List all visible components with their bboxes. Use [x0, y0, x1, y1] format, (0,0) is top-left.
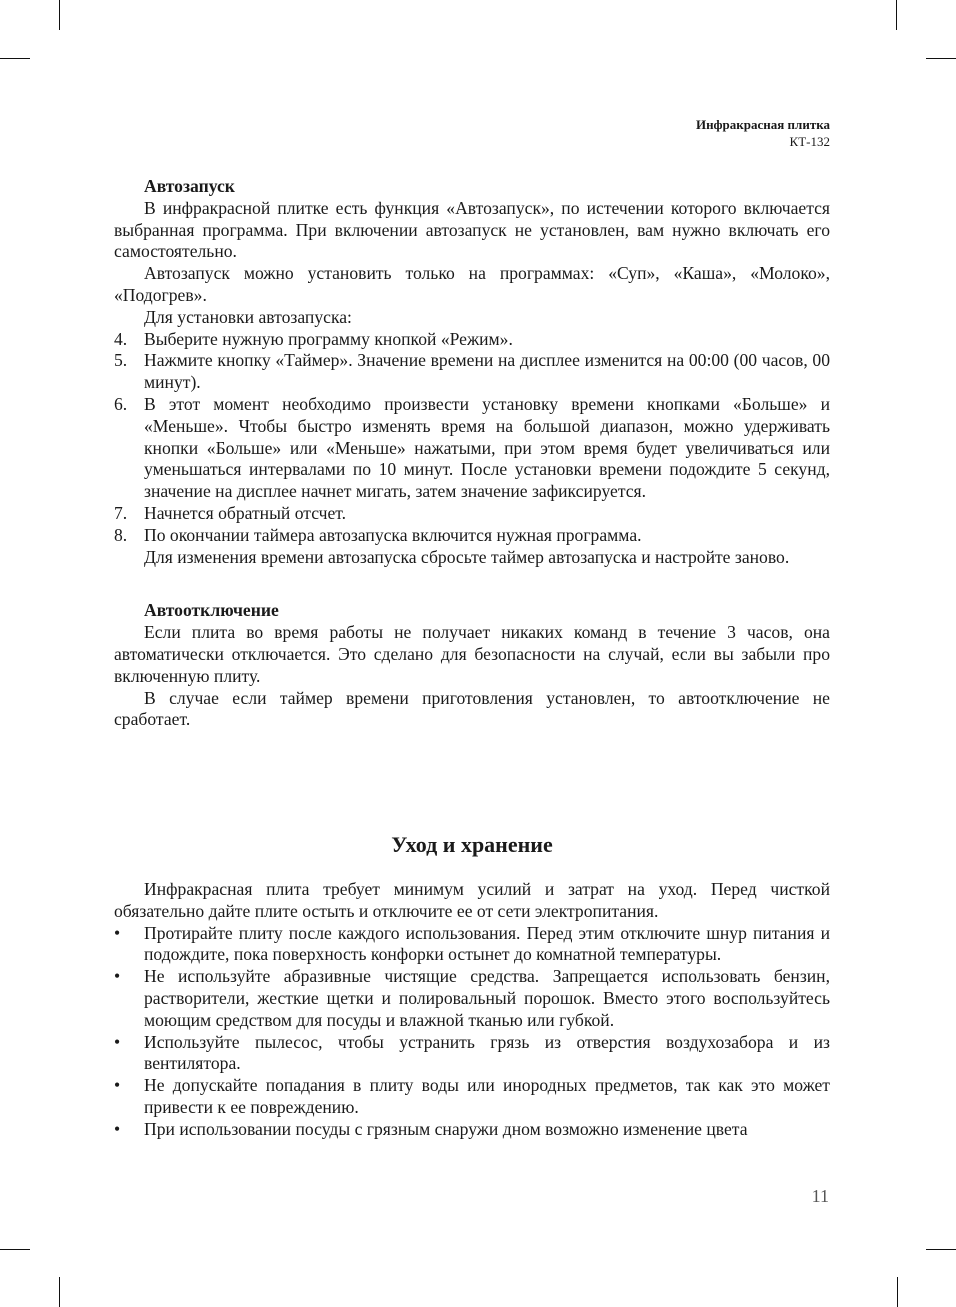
paragraph: Если плита во время работы не получает н…	[114, 622, 830, 687]
list-item: 5.Нажмите кнопку «Таймер». Значение врем…	[114, 350, 830, 394]
list-text: В этот момент необходимо произвести уста…	[144, 394, 830, 501]
paragraph: В случае если таймер времени приготовлен…	[114, 688, 830, 732]
paragraph: Автозапуск можно установить только на пр…	[114, 263, 830, 307]
list-item: 6.В этот момент необходимо произвести ус…	[114, 394, 830, 503]
crop-mark	[59, 1277, 60, 1307]
paragraph: Инфракрасная плита требует минимум усили…	[114, 879, 830, 923]
paragraph: Для изменения времени автозапуска сбрось…	[114, 547, 830, 569]
bullet-item: •Протирайте плиту после каждого использо…	[114, 923, 830, 967]
list-text: Выберите нужную программу кнопкой «Режим…	[144, 329, 513, 349]
bullet-icon: •	[114, 1075, 120, 1097]
bullet-item: •При использовании посуды с грязным снар…	[114, 1119, 830, 1141]
list-item: 8.По окончании таймера автозапуска включ…	[114, 525, 830, 547]
bullet-item: •Не используйте абразивные чистящие сред…	[114, 966, 830, 1031]
list-number: 5.	[114, 350, 127, 372]
care-section: Уход и хранение Инфракрасная плита требу…	[114, 832, 830, 1141]
page-number: 11	[812, 1186, 829, 1207]
bullet-text: Не используйте абразивные чистящие средс…	[144, 966, 830, 1030]
section-heading-autostart: Автозапуск	[114, 176, 830, 198]
crop-mark	[926, 58, 956, 59]
list-item: 4.Выберите нужную программу кнопкой «Реж…	[114, 329, 830, 351]
running-header: Инфракрасная плитка КТ-132	[696, 116, 830, 150]
bullet-text: При использовании посуды с грязным снару…	[144, 1119, 748, 1139]
bullet-icon: •	[114, 1119, 120, 1141]
crop-mark	[926, 1249, 956, 1250]
list-item: 7.Начнется обратный отсчет.	[114, 503, 830, 525]
header-model: КТ-132	[696, 133, 830, 150]
page-body: Автозапуск В инфракрасной плитке есть фу…	[114, 176, 830, 731]
bullet-text: Используйте пылесос, чтобы устранить гря…	[144, 1032, 830, 1074]
list-text: По окончании таймера автозапуска включит…	[144, 525, 642, 545]
paragraph: В инфракрасной плитке есть функция «Авто…	[114, 198, 830, 263]
section-heading-autooff: Автоотключение	[114, 600, 830, 622]
section-title-care: Уход и хранение	[114, 832, 830, 858]
bullet-icon: •	[114, 923, 120, 945]
list-number: 8.	[114, 525, 127, 547]
crop-mark	[59, 0, 60, 30]
list-text: Нажмите кнопку «Таймер». Значение времен…	[144, 350, 830, 392]
bullet-item: •Не допускайте попадания в плиту воды ил…	[114, 1075, 830, 1119]
list-text: Начнется обратный отсчет.	[144, 503, 346, 523]
crop-mark	[0, 58, 30, 59]
bullet-item: •Используйте пылесос, чтобы устранить гр…	[114, 1032, 830, 1076]
bullet-icon: •	[114, 1032, 120, 1054]
list-number: 7.	[114, 503, 127, 525]
bullet-text: Не допускайте попадания в плиту воды или…	[144, 1075, 830, 1117]
list-number: 4.	[114, 329, 127, 351]
crop-mark	[0, 1249, 30, 1250]
bullet-icon: •	[114, 966, 120, 988]
list-number: 6.	[114, 394, 127, 416]
header-title: Инфракрасная плитка	[696, 116, 830, 133]
bullet-text: Протирайте плиту после каждого использов…	[144, 923, 830, 965]
crop-mark	[897, 1277, 898, 1307]
crop-mark	[896, 0, 897, 30]
paragraph: Для установки автозапуска:	[114, 307, 830, 329]
